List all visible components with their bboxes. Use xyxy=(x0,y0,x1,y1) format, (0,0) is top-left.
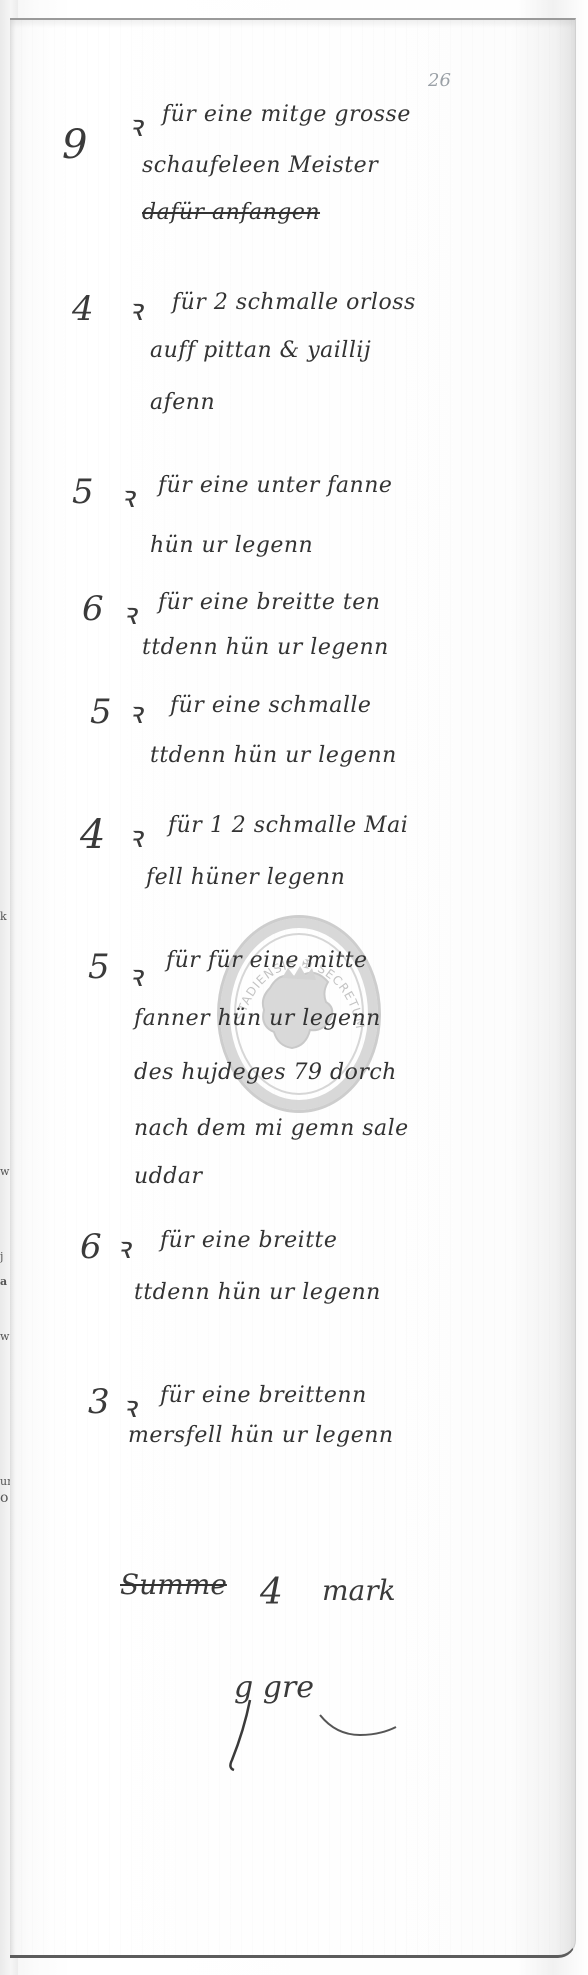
entry-text-line: für 1 2 schmalle Mai xyxy=(168,815,408,837)
entry-text-line: für eine unter fanne xyxy=(158,475,392,497)
entry-text-line: des hujdeges 79 dorch xyxy=(134,1062,397,1084)
entry-unit-mark: ꝛ xyxy=(122,1393,136,1423)
entry-unit-mark: ꝛ xyxy=(128,296,142,326)
entry-text-line: fanner hün ur legenn xyxy=(134,1008,381,1030)
margin-fragment: w xyxy=(0,1330,9,1343)
entry-text-line: für eine schmalle xyxy=(170,695,371,717)
entry-text-line: ttdenn hün ur legenn xyxy=(150,745,397,767)
entry-text-line: hün ur legenn xyxy=(150,535,313,557)
entry-amount: 6 xyxy=(80,1230,102,1264)
entry-text-line: auff pittan & yaillij xyxy=(150,340,371,362)
entry-text-line: für eine mitge grosse xyxy=(162,104,411,126)
entry-text-line: für für eine mitte xyxy=(166,950,367,972)
entry-unit-mark: ꝛ xyxy=(128,962,142,992)
entry-amount: 4 xyxy=(80,815,105,855)
margin-fragment: w xyxy=(0,1165,9,1178)
manuscript-page: 26 9 ꝛ für eine mitge grosse schaufeleen… xyxy=(10,18,576,1958)
entry-text-line: dafür anfangen xyxy=(142,202,320,224)
entry-text-line: afenn xyxy=(150,392,215,414)
entry-unit-mark: ꝛ xyxy=(128,699,142,729)
total-value: 4 xyxy=(260,1572,283,1613)
entry-amount: 3 xyxy=(88,1385,110,1419)
folio-number: 26 xyxy=(428,70,451,91)
entry-text-line: ttdenn hün ur legenn xyxy=(142,637,389,659)
margin-fragment: o xyxy=(0,1490,8,1506)
entry-text-line: schaufeleen Meister xyxy=(142,155,378,177)
entry-unit-mark: ꝛ xyxy=(120,483,134,513)
total-unit: mark xyxy=(322,1574,396,1607)
entry-amount: 4 xyxy=(72,292,94,326)
entry-unit-mark: ꝛ xyxy=(128,823,142,853)
entry-unit-mark: ꝛ xyxy=(128,112,142,142)
total-label: Summe xyxy=(120,1568,227,1601)
entry-text-line: ttdenn hün ur legenn xyxy=(134,1282,381,1304)
entry-amount: 9 xyxy=(62,125,87,165)
entry-amount: 5 xyxy=(90,695,112,729)
entry-text-line: mersfell hün ur legenn xyxy=(128,1425,394,1447)
entry-unit-mark: ꝛ xyxy=(122,600,136,630)
entry-text-line: fell hüner legenn xyxy=(146,867,345,889)
entry-text-line: nach dem mi gemn sale xyxy=(134,1118,409,1140)
entry-amount: 5 xyxy=(72,475,94,509)
entry-text-line: für eine breittenn xyxy=(160,1385,367,1407)
entry-amount: 5 xyxy=(88,950,110,984)
entry-text-line: uddar xyxy=(134,1166,202,1188)
entry-text-line: für 2 schmalle orloss xyxy=(172,292,416,314)
margin-fragment: k xyxy=(0,910,7,923)
entry-text-line: für eine breitte ten xyxy=(158,592,380,614)
margin-fragment: j xyxy=(0,1250,3,1263)
margin-fragment: a xyxy=(0,1275,7,1288)
entry-text-line: für eine breitte xyxy=(160,1230,337,1252)
signature-flourish-icon xyxy=(220,1690,410,1780)
entry-amount: 6 xyxy=(82,592,104,626)
entry-unit-mark: ꝛ xyxy=(116,1234,130,1264)
